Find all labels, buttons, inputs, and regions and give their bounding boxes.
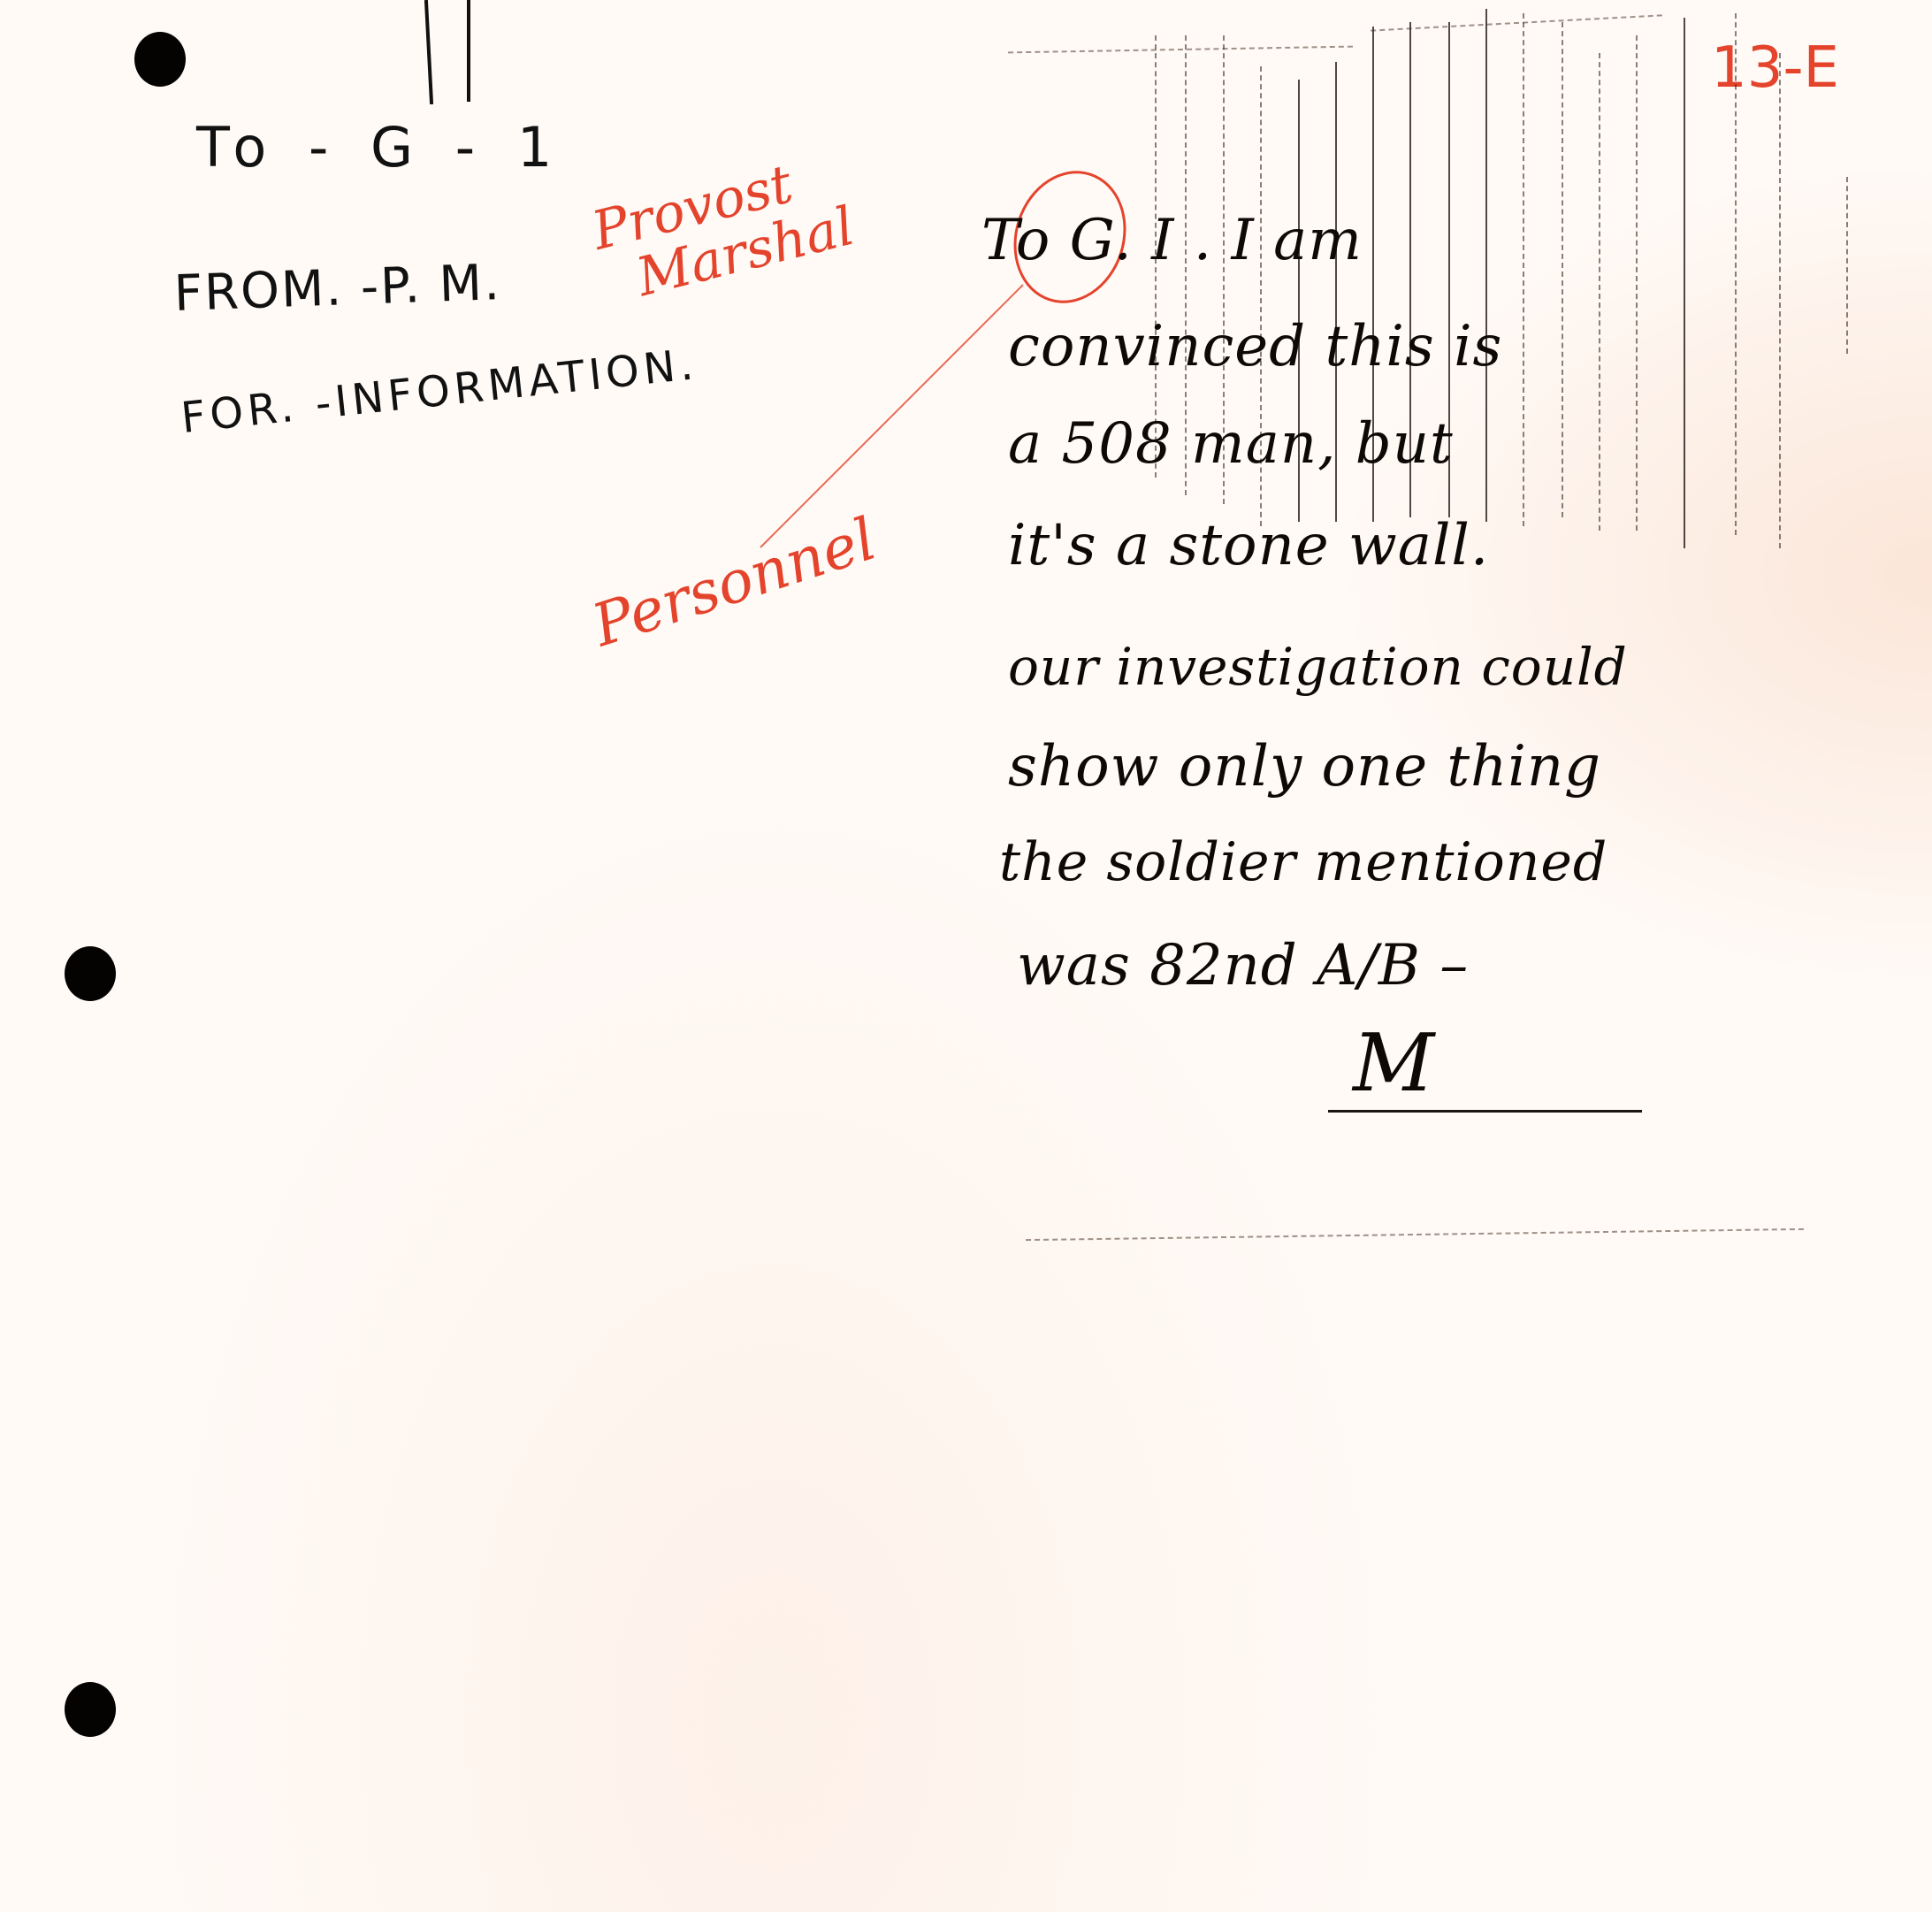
routing-from: FROM. -P. M. xyxy=(173,254,502,323)
signature-initial: M xyxy=(1353,1017,1435,1110)
note-line-7: the soldier mentioned xyxy=(999,831,1607,893)
ruled-line xyxy=(1735,13,1737,535)
ruled-line xyxy=(1523,13,1524,526)
note-line-4: it's a stone wall. xyxy=(1008,513,1489,578)
bracket-mark-right xyxy=(467,0,470,102)
note-line-5: our investigation could xyxy=(1008,637,1628,697)
ruled-line xyxy=(1846,177,1848,354)
ruled-line xyxy=(1562,22,1563,517)
routing-to: To - G - 1 xyxy=(196,115,564,180)
ruled-line xyxy=(1599,53,1600,531)
annotation-file-code: 13-E xyxy=(1711,35,1839,101)
note-line-1: To G. I . I am xyxy=(981,208,1363,273)
punch-hole-middle xyxy=(65,946,116,1001)
ruled-line xyxy=(1636,35,1638,531)
ruled-line xyxy=(1684,18,1685,548)
note-line-8: was 82nd A/B – xyxy=(1017,933,1469,998)
note-line-6: show only one thing xyxy=(1008,734,1601,799)
ruled-line xyxy=(1779,53,1781,548)
signature-underline xyxy=(1328,1110,1642,1113)
ruled-line xyxy=(1485,9,1487,522)
note-line-2: convinced this is xyxy=(1008,314,1502,379)
punch-hole-bottom xyxy=(65,1682,116,1737)
note-line-3: a 508 man, but xyxy=(1008,411,1454,477)
punch-hole-top xyxy=(134,32,186,87)
